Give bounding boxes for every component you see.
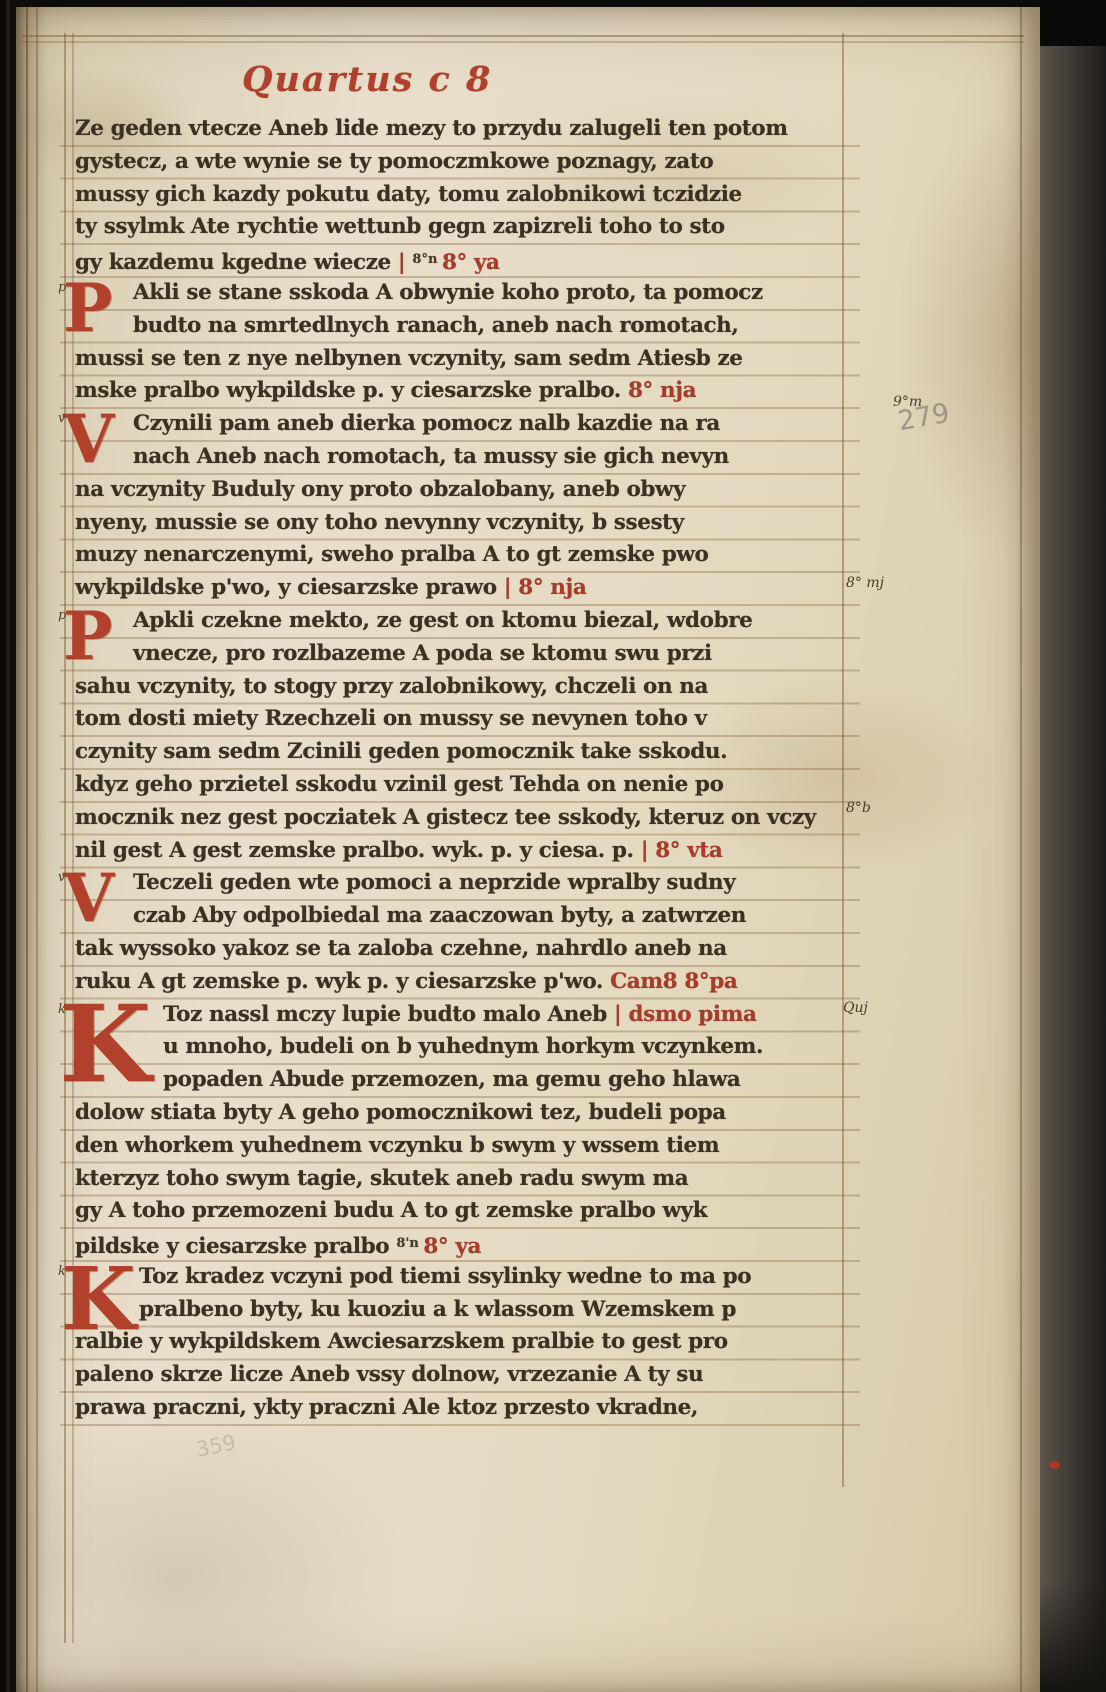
text-line: Czynili pam aneb dierka pomocz nalb kazd… [75, 408, 861, 441]
text-line: Toz kradez vczyni pod tiemi ssylinky wed… [75, 1261, 861, 1294]
text-line: Apkli czekne mekto, ze gest on ktomu bie… [75, 605, 861, 638]
script-text: Akli se stane sskoda A obwynie koho prot… [133, 280, 763, 305]
text-block: Ze geden vtecze Aneb lide mezy to przydu… [75, 113, 861, 1425]
illuminated-initial: P [63, 603, 113, 669]
script-text: tak wyssoko yakoz se ta zaloba czehne, n… [75, 936, 727, 961]
script-text: Toz kradez vczyni pod tiemi ssylinky wed… [139, 1264, 751, 1289]
text-line: pralbeno byty, ku kuoziu a k wlassom Wze… [75, 1294, 861, 1327]
script-text: gystecz, a wte wynie se ty pomoczmkowe p… [75, 149, 713, 174]
rubric-citation: | dsmo pima [614, 1002, 757, 1027]
paragraph: VvTeczeli geden wte pomoci a neprzide wp… [75, 867, 861, 998]
script-text: pralbeno byty, ku kuoziu a k wlassom Wze… [139, 1297, 736, 1322]
illuminated-initial: P [63, 275, 113, 341]
script-text: popaden Abude przemozen, ma gemu geho hl… [163, 1067, 740, 1092]
rubric-citation: 8° ya [423, 1234, 481, 1259]
red-ink-dot [1049, 1461, 1060, 1469]
script-text: dolow stiata byty A geho pomocznikowi te… [75, 1100, 726, 1125]
script-text: ty ssylmk Ate rychtie wettunb gegn zapiz… [75, 214, 725, 239]
text-line: nach Aneb nach romotach, ta mussy sie gi… [75, 441, 861, 474]
text-line: budto na smrtedlnych ranach, aneb nach r… [75, 310, 861, 343]
text-line: Toz nassl mczy lupie budto malo Aneb | d… [75, 999, 861, 1032]
script-text: wykpildske p'wo, y ciesarzske prawo [75, 575, 504, 600]
rubricator-guide-letter: p [58, 280, 66, 295]
script-text: gy kazdemu kgedne wiecze [75, 250, 391, 275]
text-line: prawa praczni, ykty praczni Ale ktoz prz… [75, 1392, 861, 1425]
rubricator-guide-letter: k [58, 1002, 66, 1017]
text-line: na vczynity Buduly ony proto obzalobany,… [75, 474, 861, 507]
text-line: sahu vczynity, to stogy przy zalobnikowy… [75, 671, 861, 704]
text-line: mussi se ten z nye nelbynen vczynity, sa… [75, 343, 861, 376]
script-text: mussy gich kazdy pokutu daty, tomu zalob… [75, 182, 742, 207]
ink-margin-note: 8° mj [846, 575, 884, 591]
text-line: pildske y ciesarzske pralbo 8'n 8° ya [75, 1228, 861, 1261]
script-text: prawa praczni, ykty praczni Ale ktoz prz… [75, 1395, 698, 1420]
script-text: czab Aby odpolbiedal ma zaaczowan byty, … [133, 903, 746, 928]
ink-margin-note: Quj [843, 1000, 868, 1016]
script-text: budto na smrtedlnych ranach, aneb nach r… [133, 313, 739, 338]
page-edge-line [36, 7, 38, 1692]
script-text: na vczynity Buduly ony proto obzalobany,… [75, 477, 685, 502]
text-line: muzy nenarczenymi, sweho pralba A to gt … [75, 539, 861, 572]
paragraph: VvCzynili pam aneb dierka pomocz nalb ka… [75, 408, 861, 605]
script-text: nil gest A gest zemske pralbo. wyk. p. y… [75, 838, 641, 863]
script-text: nyeny, mussie se ony toho nevynny vczyni… [75, 510, 684, 535]
pencil-foliation-note: 359 [194, 1430, 238, 1462]
text-line: kdyz geho przietel sskodu vzinil gest Te… [75, 769, 861, 802]
text-line: gy A toho przemozeni budu A to gt zemske… [75, 1195, 861, 1228]
script-text: Apkli czekne mekto, ze gest on ktomu bie… [133, 608, 752, 633]
paragraph: KkToz nassl mczy lupie budto malo Aneb |… [75, 999, 861, 1261]
paragraph: PpApkli czekne mekto, ze gest on ktomu b… [75, 605, 861, 867]
paragraph: Ze geden vtecze Aneb lide mezy to przydu… [75, 113, 861, 277]
text-line: tak wyssoko yakoz se ta zaloba czehne, n… [75, 933, 861, 966]
text-line: paleno skrze licze Aneb vssy dolnow, vrz… [75, 1359, 861, 1392]
text-line: vnecze, pro rozlbazeme A poda se ktomu s… [75, 638, 861, 671]
script-text: paleno skrze licze Aneb vssy dolnow, vrz… [75, 1362, 703, 1387]
rubric-citation: | 8° vta [641, 838, 723, 863]
rubric-citation: Cam8 8°pa [610, 969, 737, 994]
manuscript-page: Quartus c 8 Ze geden vtecze Aneb lide me… [16, 7, 1040, 1692]
text-line: ralbie y wykpildskem Awciesarzskem pralb… [75, 1326, 861, 1359]
script-text: mske pralbo wykpildske p. y ciesarzske p… [75, 378, 628, 403]
illuminated-initial: V [63, 865, 114, 931]
text-line: mske pralbo wykpildske p. y ciesarzske p… [75, 375, 861, 408]
script-text: Teczeli geden wte pomoci a neprzide wpra… [133, 870, 735, 895]
text-line: czab Aby odpolbiedal ma zaaczowan byty, … [75, 900, 861, 933]
rubricator-guide-letter: p [58, 608, 66, 623]
text-line: den whorkem yuhednem vczynku b swym y ws… [75, 1130, 861, 1163]
paragraph: KkToz kradez vczyni pod tiemi ssylinky w… [75, 1261, 861, 1425]
script-text: gy A toho przemozeni budu A to gt zemske… [75, 1198, 707, 1223]
scan-background-right [1040, 0, 1106, 1692]
text-line: ty ssylmk Ate rychtie wettunb gegn zapiz… [75, 211, 861, 244]
script-text: Toz nassl mczy lupie budto malo Aneb [163, 1002, 614, 1027]
binding-gutter-shadow [16, 7, 50, 1692]
script-text: vnecze, pro rozlbazeme A poda se ktomu s… [133, 641, 712, 666]
paragraph: PpAkli se stane sskoda A obwynie koho pr… [75, 277, 861, 408]
script-text: czynity sam sedm Zcinili geden pomocznik… [75, 739, 727, 764]
text-line: Akli se stane sskoda A obwynie koho prot… [75, 277, 861, 310]
rubric-citation: 8° nja [628, 378, 696, 403]
rubric-citation: | [391, 250, 413, 275]
script-text: tom dosti miety Rzechzeli on mussy se ne… [75, 706, 707, 731]
illuminated-initial: V [63, 406, 114, 472]
text-line: gystecz, a wte wynie se ty pomoczmkowe p… [75, 146, 861, 179]
script-text: ruku A gt zemske p. wyk p. y ciesarzske … [75, 969, 610, 994]
text-line: czynity sam sedm Zcinili geden pomocznik… [75, 736, 861, 769]
rubricator-guide-letter: k [58, 1264, 66, 1279]
text-line: wykpildske p'wo, y ciesarzske prawo | 8°… [75, 572, 861, 605]
script-text: mussi se ten z nye nelbynen vczynity, sa… [75, 346, 743, 371]
rubricator-guide-letter: v [58, 411, 65, 426]
page-fold-crease [1020, 7, 1022, 1692]
scan-background-left-binding [0, 0, 16, 1692]
text-line: u mnoho, budeli on b yuhednym horkym vcz… [75, 1031, 861, 1064]
script-text: den whorkem yuhednem vczynku b swym y ws… [75, 1133, 719, 1158]
script-text: kterzyz toho swym tagie, skutek aneb rad… [75, 1166, 688, 1191]
ink-gloss: 8°n [412, 252, 442, 267]
script-text: sahu vczynity, to stogy przy zalobnikowy… [75, 674, 708, 699]
rubric-citation: | 8° nja [504, 575, 587, 600]
script-text: ralbie y wykpildskem Awciesarzskem pralb… [75, 1329, 728, 1354]
text-line: kterzyz toho swym tagie, skutek aneb rad… [75, 1163, 861, 1196]
script-text: Czynili pam aneb dierka pomocz nalb kazd… [133, 411, 720, 436]
text-line: ruku A gt zemske p. wyk p. y ciesarzske … [75, 966, 861, 999]
page-edge-line [26, 7, 28, 1692]
illuminated-initial: K [61, 1257, 136, 1343]
text-line: Ze geden vtecze Aneb lide mezy to przydu… [75, 113, 861, 146]
script-text: Ze geden vtecze Aneb lide mezy to przydu… [75, 116, 788, 141]
text-line: mussy gich kazdy pokutu daty, tomu zalob… [75, 179, 861, 212]
rubricator-guide-letter: v [58, 870, 65, 885]
ink-gloss: 8'n [396, 1236, 423, 1251]
scan-background-corner [1040, 1580, 1106, 1692]
text-line: nil gest A gest zemske pralbo. wyk. p. y… [75, 835, 861, 868]
script-text: mocznik nez gest pocziatek A gistecz tee… [75, 805, 816, 830]
scan-background-top [0, 0, 1106, 7]
text-line: nyeny, mussie se ony toho nevynny vczyni… [75, 507, 861, 540]
text-line: gy kazdemu kgedne wiecze | 8°n 8° ya [75, 244, 861, 277]
script-text: muzy nenarczenymi, sweho pralba A to gt … [75, 542, 708, 567]
text-line: tom dosti miety Rzechzeli on mussy se ne… [75, 703, 861, 736]
text-line: dolow stiata byty A geho pomocznikowi te… [75, 1097, 861, 1130]
chapter-heading-rubric: Quartus c 8 [242, 59, 492, 100]
scan-background-corner [1040, 0, 1106, 46]
text-line: Teczeli geden wte pomoci a neprzide wpra… [75, 867, 861, 900]
ink-margin-note: 8°b [846, 800, 871, 816]
ruling-line-top [22, 35, 1024, 37]
text-line: mocznik nez gest pocziatek A gistecz tee… [75, 802, 861, 835]
script-text: kdyz geho przietel sskodu vzinil gest Te… [75, 772, 724, 797]
script-text: u mnoho, budeli on b yuhednym horkym vcz… [163, 1034, 763, 1059]
script-text: nach Aneb nach romotach, ta mussy sie gi… [133, 444, 729, 469]
text-line: popaden Abude przemozen, ma gemu geho hl… [75, 1064, 861, 1097]
rubric-citation: 8° ya [442, 250, 500, 275]
illuminated-initial: K [59, 991, 151, 1097]
ruling-line-top [22, 41, 1024, 43]
